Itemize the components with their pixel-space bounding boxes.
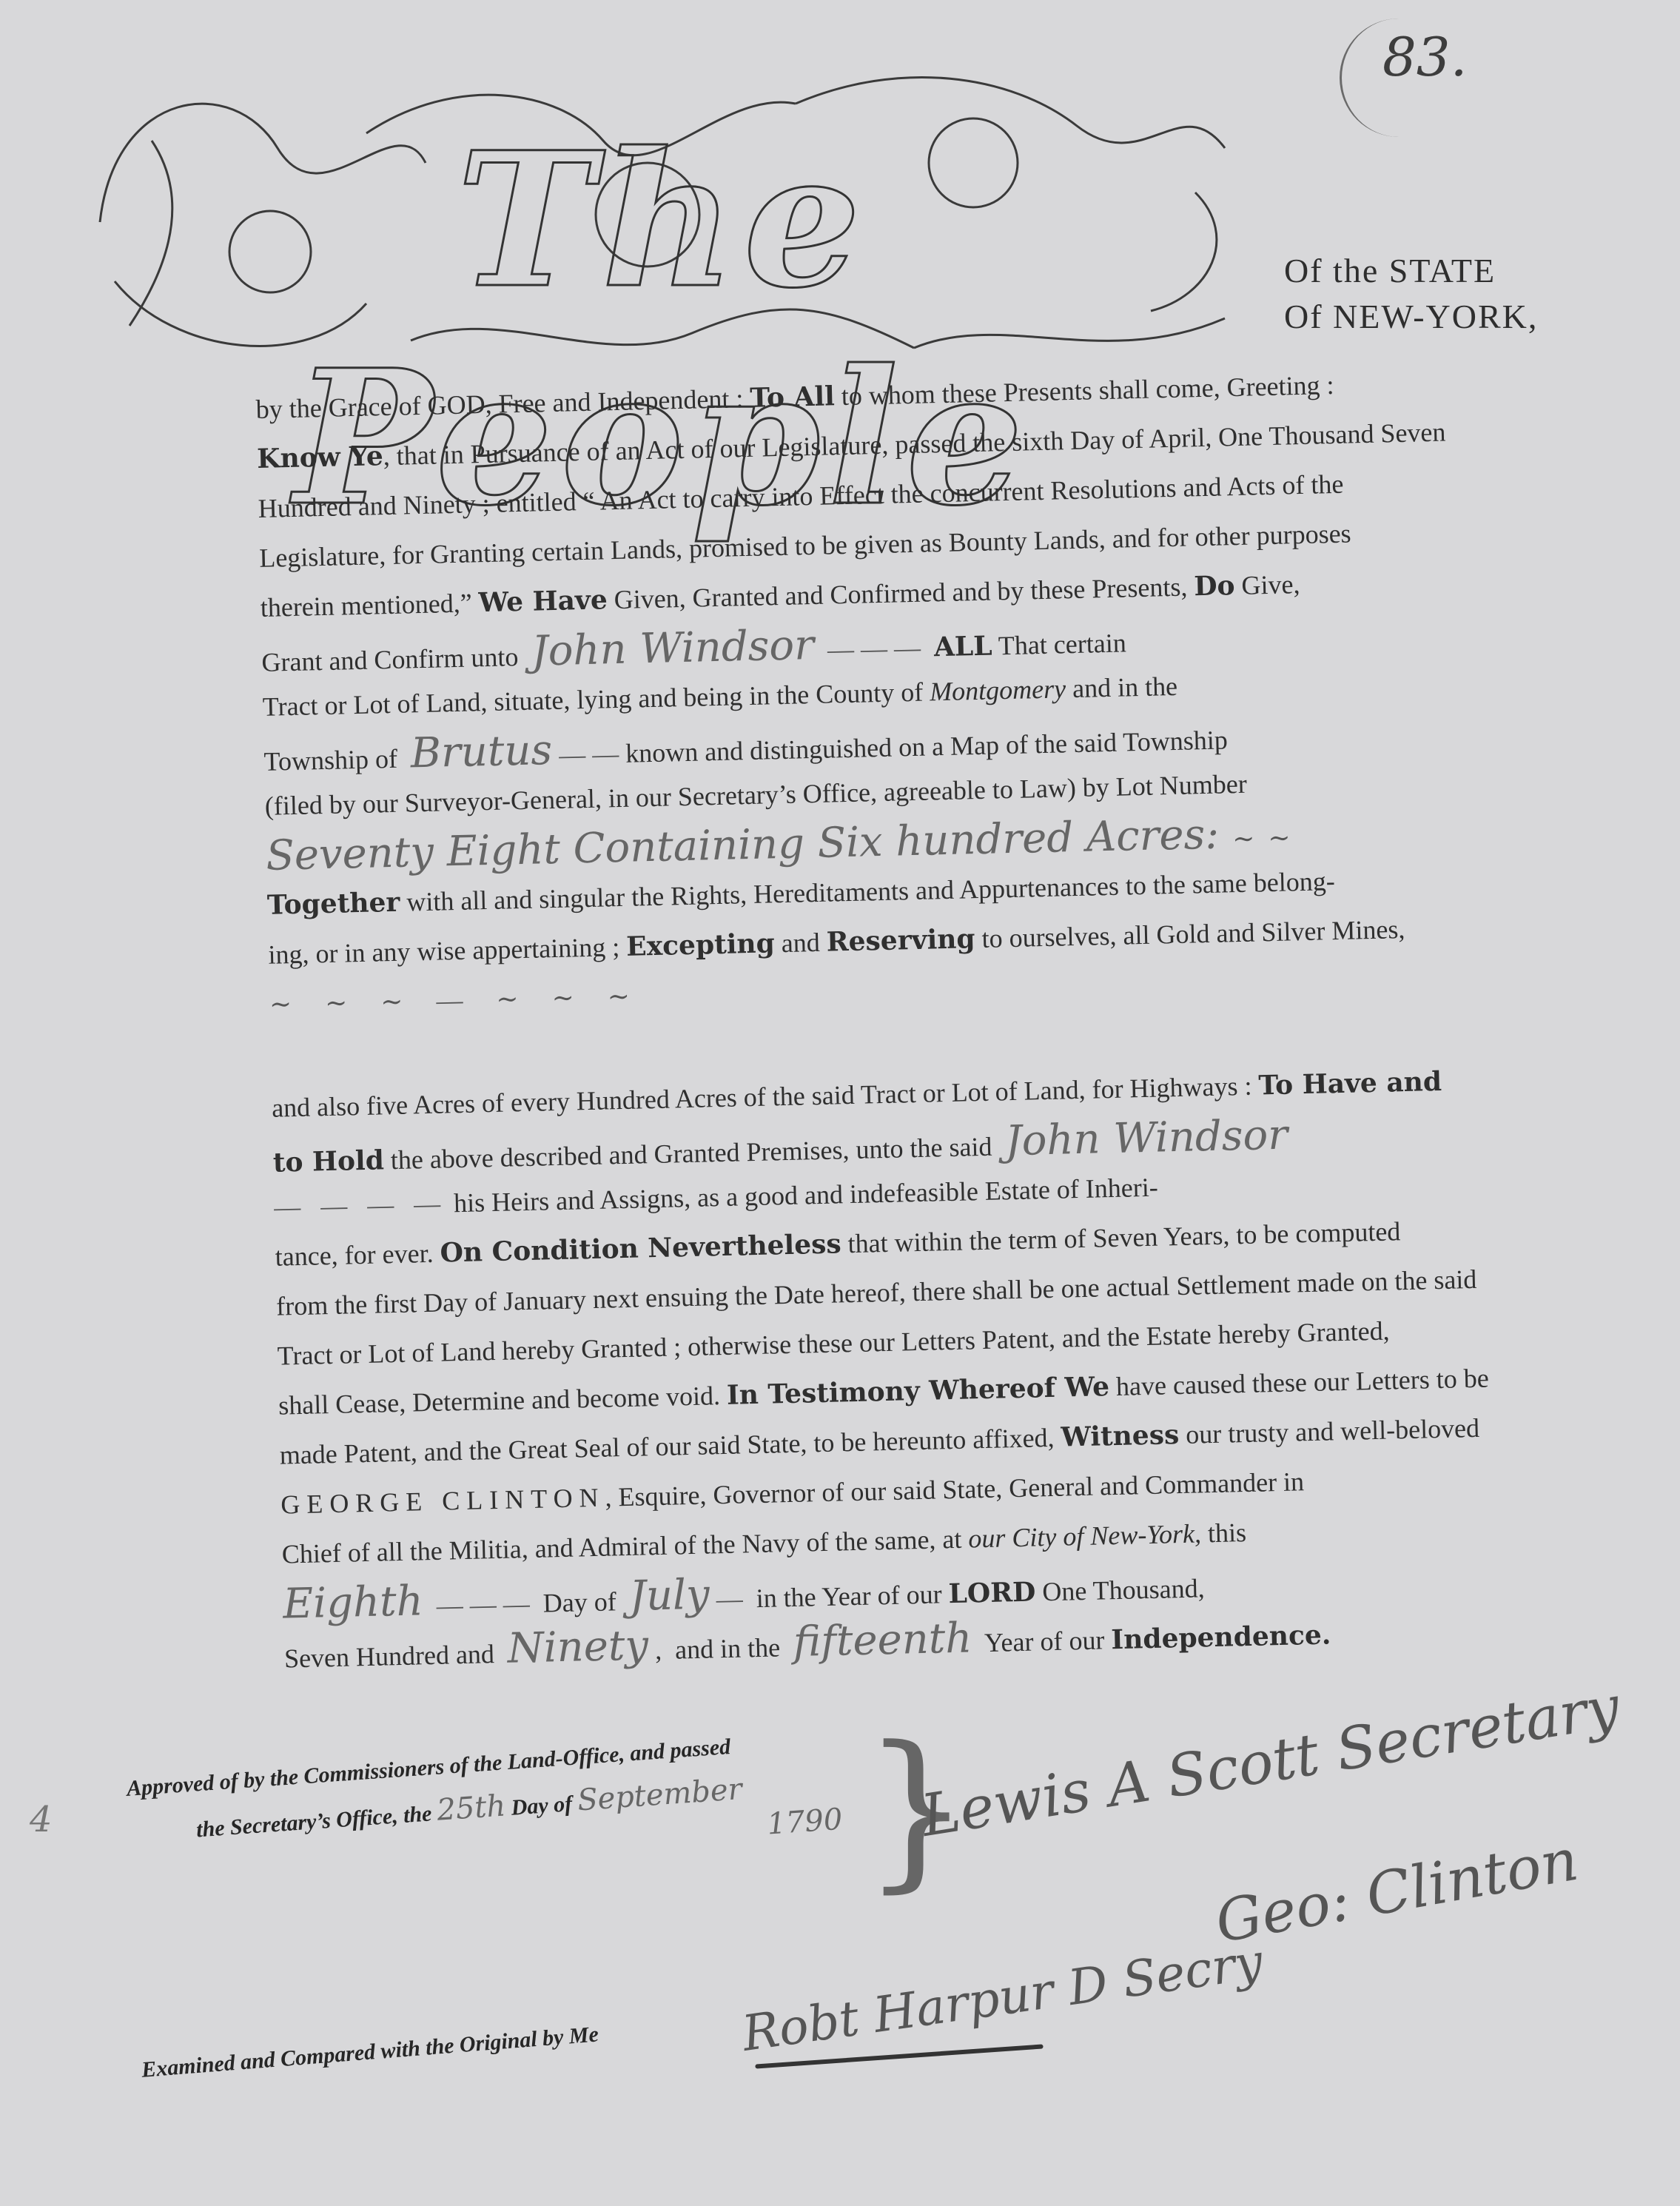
handwritten-entry: Ninety [507,1621,649,1672]
printed-text: to whom these Presents shall come, Greet… [834,370,1334,411]
printed-text: Montgomery [930,674,1066,706]
printed-text: have caused these our Letters to be [1109,1364,1490,1402]
printed-text: by the Grace of GOD, Free and Independen… [255,383,750,424]
printed-text: that within the term of Seven Years, to … [841,1216,1401,1258]
printed-text: , Esquire, Governor of our said State, G… [605,1466,1304,1512]
page-number-text: 83. [1382,26,1468,88]
blackletter-phrase: To Have and [1258,1066,1442,1102]
blackletter-phrase: to Hold [272,1144,384,1178]
printed-text: Give, [1234,569,1300,600]
printed-text: tance, for ever. [275,1238,440,1272]
printed-text: this [1201,1518,1247,1548]
blackletter-phrase: In Testimony Whereof We [726,1371,1109,1411]
printed-text: ing, or in any wise appertaining ; [268,932,627,970]
printed-text: to ourselves, all Gold and Silver Mines, [975,914,1405,953]
printed-text: Grant and Confirm unto [261,642,532,677]
printed-text: his Heirs and Assigns, as a good and ind… [454,1173,1158,1218]
printed-text: GEORGE CLINTON [280,1483,605,1520]
printed-text: — [709,1583,756,1614]
governor-signature: Geo: Clinton [1211,1827,1583,1957]
approval-year: 1790 [766,1800,872,1842]
blackletter-phrase: ALL [933,631,992,663]
printed-text: Given, Granted and Confirmed and by thes… [607,571,1195,614]
page-number: 83. [1340,19,1482,137]
deputy-secretary-signature: Robt Harpur D Secry [739,1933,1266,2062]
secretary-signature: Lewis A Scott Secretary [917,1674,1624,1850]
blackletter-phrase: Reserving [826,923,975,958]
printed-text: Year of our [972,1625,1112,1657]
blackletter-phrase: Do [1194,570,1235,602]
printed-text: therein mentioned,” [260,588,479,623]
blackletter-phrase: To All [750,380,835,414]
margin-mark: 4 [30,1799,53,1840]
printed-text: shall Cease, Determine and become void. [278,1381,728,1421]
document-page: 83. The People Of the STATE Of NEW-YORK,… [0,0,1680,2206]
printed-text: Tract or Lot of Land, situate, lying and… [262,677,930,721]
printed-text: made Patent, and the Great Seal of our s… [279,1423,1061,1470]
blackletter-phrase: LORD [948,1577,1036,1610]
blackletter-phrase: Know Ye [257,440,383,475]
blackletter-phrase: Together [266,887,400,921]
printed-text: — — — [814,632,935,665]
printed-text: and [774,928,827,959]
ornamental-banner-icon: The People [85,59,1240,370]
approval-text: the Secretary’s Office, the [195,1801,432,1842]
examined-statement: Examined and Compared with the Original … [141,2022,599,2082]
printed-text: — — [552,739,626,770]
blackletter-phrase: Witness [1061,1419,1180,1453]
state-heading-line: Of NEW-YORK, [1284,294,1538,340]
state-heading-line: Of the STATE [1284,248,1538,294]
handwritten-entry: July [629,1571,710,1620]
text-line-content: ∼ ∼ ∼ — ∼ ∼ ∼ [269,972,631,1084]
blackletter-phrase: We Have [478,584,608,618]
printed-text: Chief of all the Militia, and Admiral of… [281,1524,968,1569]
printed-text: our City of New-York, [968,1518,1202,1553]
printed-text: Township of [263,743,411,776]
printed-text: Day of [542,1586,630,1618]
printed-text: and in the [1066,671,1178,703]
handwritten-entry: fifteenth [793,1614,972,1666]
approval-text: Day of [511,1791,574,1820]
patent-body: by the Grace of GOD, Free and Independen… [255,355,1616,1678]
printed-text: One Thousand, [1035,1573,1205,1606]
printed-text: Seven Hundred and [284,1639,508,1674]
printed-text: — — — — [274,1188,454,1222]
approval-day: 25th [436,1788,507,1827]
printed-text: our trusty and well-beloved [1179,1413,1480,1449]
printed-text: — — — [423,1589,543,1621]
blackletter-phrase: Excepting [626,928,775,962]
approval-block: Approved of by the Commissioners of the … [126,1725,872,1885]
approval-month: September [577,1772,743,1817]
printed-text: , and in the [648,1632,794,1665]
blackletter-phrase: Independence. [1111,1619,1331,1655]
handwritten-entry: Eighth [283,1577,424,1628]
printed-text: ∼ ∼ ∼ — ∼ ∼ ∼ [269,982,631,1019]
state-heading: Of the STATE Of NEW-YORK, [1284,248,1538,340]
handwritten-entry: John Windsor [531,621,814,676]
printed-text: in the Year of our [756,1579,949,1613]
printed-text: That certain [992,628,1126,660]
printed-text: ∼ ∼ [1219,822,1291,854]
handwritten-entry: Brutus [410,726,553,777]
handwritten-entry: John Windsor [1005,1111,1288,1166]
blackletter-phrase: On Condition Nevertheless [440,1228,841,1268]
